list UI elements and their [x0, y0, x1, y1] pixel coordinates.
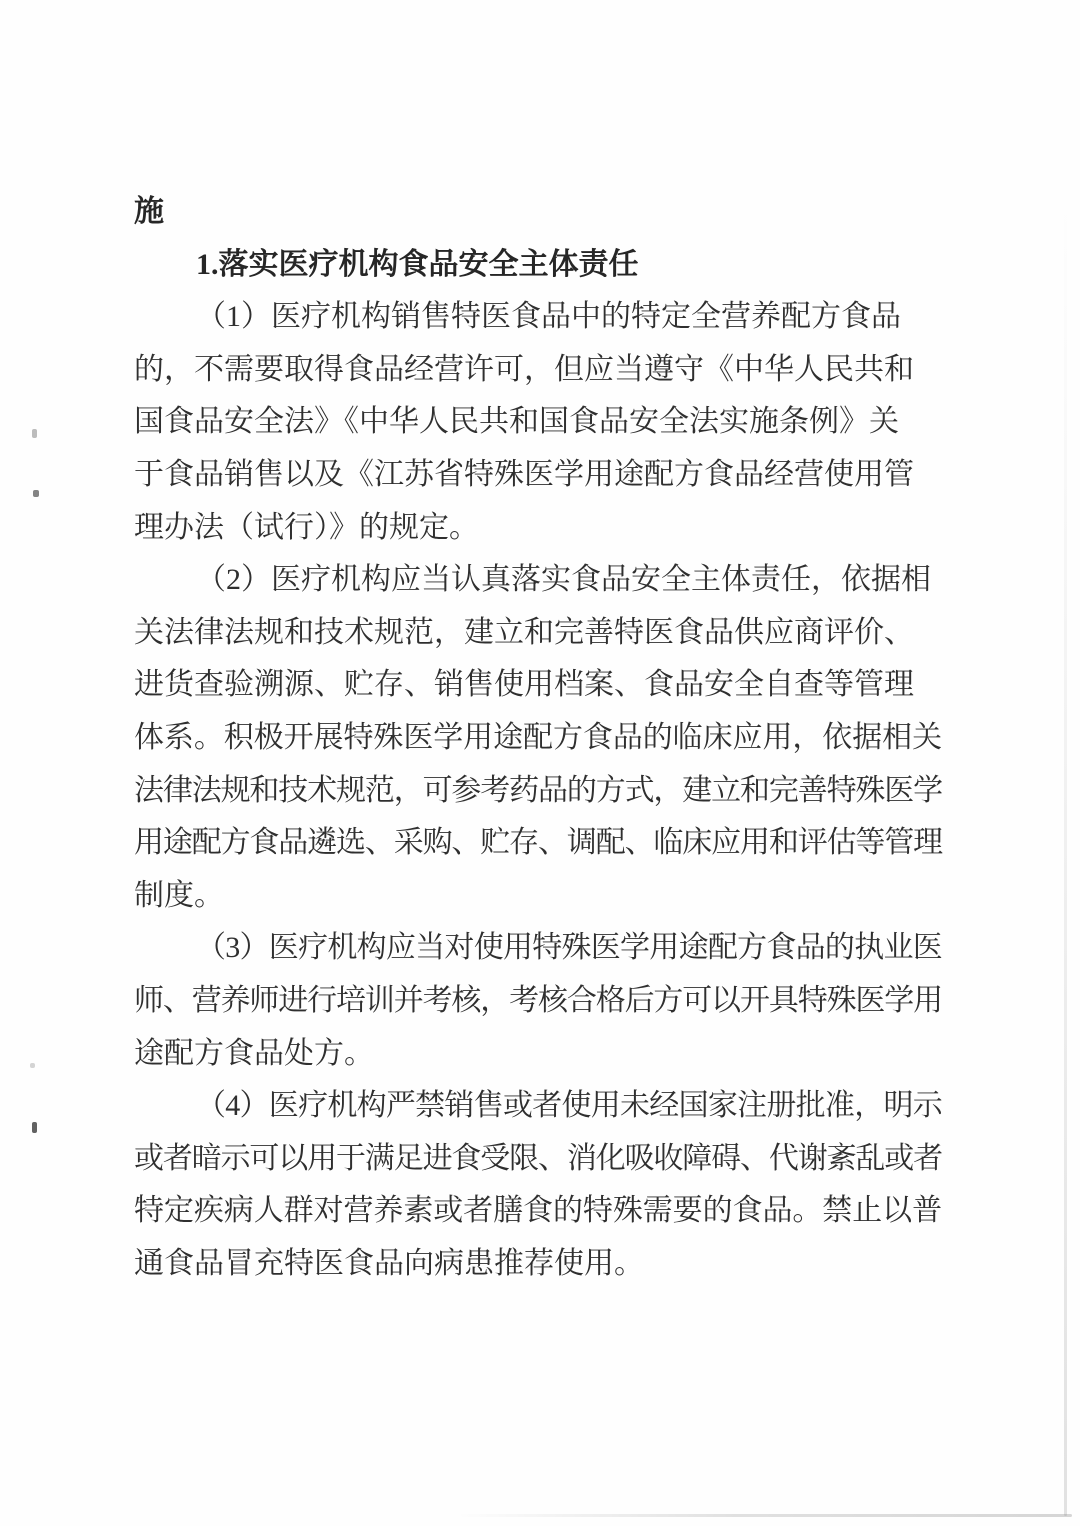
text-line: 制度。: [134, 870, 942, 923]
text-line: （2）医疗机构应当认真落实食品安全主体责任，依据相: [134, 554, 942, 607]
text-line: 于食品销售以及《江苏省特殊医学用途配方食品经营使用管: [134, 449, 942, 502]
text-line: 用途配方食品遴选、采购、贮存、调配、临床应用和评估等管理: [134, 817, 942, 870]
text-line: 师、营养师进行培训并考核，考核合格后方可以开具特殊医学用: [134, 975, 942, 1028]
text-line: 国食品安全法》《中华人民共和国食品安全法实施条例》关: [134, 396, 942, 449]
text-line: 体系。积极开展特殊医学用途配方食品的临床应用，依据相关: [134, 712, 942, 765]
text-line: （4）医疗机构严禁销售或者使用未经国家注册批准，明示: [134, 1080, 942, 1133]
heading-line: 1.落实医疗机构食品安全主体责任: [134, 239, 942, 292]
text-line: 特定疾病人群对营养素或者膳食的特殊需要的食品。禁止以普: [134, 1185, 942, 1238]
scan-speck: [30, 1063, 35, 1068]
text-line: （1）医疗机构销售特医食品中的特定全营养配方食品: [134, 291, 942, 344]
text-line: 途配方食品处方。: [134, 1028, 942, 1081]
scan-speck: [32, 429, 37, 438]
text-line: 法律法规和技术规范，可参考药品的方式，建立和完善特殊医学: [134, 765, 942, 818]
text-line: 理办法（试行）》的规定。: [134, 502, 942, 555]
scan-speck: [32, 1122, 37, 1133]
text-line: 通食品冒充特医食品向病患推荐使用。: [134, 1238, 942, 1291]
scan-speck: [33, 490, 39, 497]
heading-line: 施: [134, 186, 942, 239]
text-line: 进货查验溯源、贮存、销售使用档案、食品安全自查等管理: [134, 659, 942, 712]
document-page: 施1.落实医疗机构食品安全主体责任（1）医疗机构销售特医食品中的特定全营养配方食…: [0, 0, 1080, 1526]
text-block: 施1.落实医疗机构食品安全主体责任（1）医疗机构销售特医食品中的特定全营养配方食…: [134, 186, 942, 1290]
text-line: 的，不需要取得食品经营许可，但应当遵守《中华人民共和: [134, 344, 942, 397]
page-bottom-edge-shadow: [455, 1514, 1072, 1517]
page-right-edge-shadow: [1064, 190, 1067, 1516]
text-line: 关法律法规和技术规范，建立和完善特医食品供应商评价、: [134, 607, 942, 660]
text-line: （3）医疗机构应当对使用特殊医学用途配方食品的执业医: [134, 922, 942, 975]
text-line: 或者暗示可以用于满足进食受限、消化吸收障碍、代谢紊乱或者: [134, 1133, 942, 1186]
